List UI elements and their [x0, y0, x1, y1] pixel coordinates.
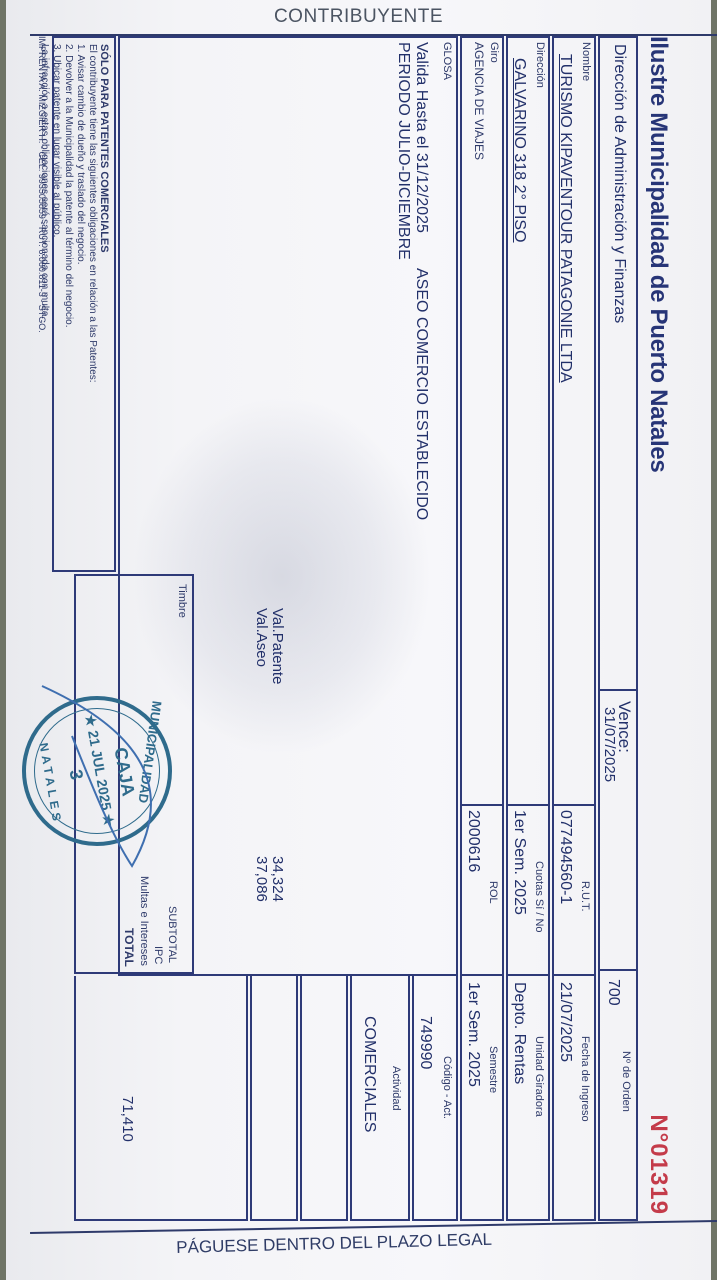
business-type-label: Giro	[488, 42, 500, 63]
address-value: GALVARINO 318 2° PISO	[510, 58, 528, 243]
rol-label: ROL	[487, 881, 499, 904]
total-value: 71,410	[119, 1096, 136, 1142]
item-amount-aseo: 37,086	[253, 856, 270, 902]
semester-cell: Semestre 1er Sem. 2025	[460, 976, 504, 1221]
glosa-line-1b: ASEO COMERCIO ESTABLECIDO	[412, 268, 430, 520]
installments-value: 1er Sem. 2025	[510, 810, 528, 915]
installments-cell: Cuotas Sí / No 1er Sem. 2025	[506, 806, 550, 976]
name-cell: Nombre TURISMO KIPAVENTOUR PATAGONIE LTD…	[552, 36, 596, 806]
timbre-label: Timbre	[176, 584, 188, 618]
issuing-unit-cell: Unidad Giradora Depto. Rentas	[506, 976, 550, 1221]
copy-label: CONTRIBUYENTE	[0, 6, 717, 28]
installments-label: Cuotas Sí / No	[533, 861, 545, 933]
order-cell: 700 Nº de Orden	[598, 971, 638, 1221]
activity-label: Actividad	[390, 1066, 402, 1111]
due-cell: Vence: 31/07/2025	[598, 691, 638, 971]
notice-heading: SÓLO PARA PATENTES COMERCIALES	[98, 44, 110, 564]
business-type-cell: Giro AGENCIA DE VIAJES	[460, 36, 504, 806]
entry-date-label: Fecha de Ingreso	[579, 1036, 591, 1122]
due-date: 31/07/2025	[601, 707, 618, 782]
notice-item-1: 1. Avisar cambio de dueño y traslado del…	[74, 44, 86, 564]
blank-cell-2	[250, 976, 298, 1221]
taxpayer-name: TURISMO KIPAVENTOUR PATAGONIE LTDA	[556, 54, 574, 383]
order-label: Nº de Orden	[620, 1051, 632, 1112]
department-name: Dirección de Administración y Finanzas	[610, 44, 628, 323]
notice-box: SÓLO PARA PATENTES COMERCIALES El contri…	[52, 36, 116, 572]
glosa-label: GLOSA	[441, 42, 453, 80]
rut-cell: R.U.T. 077494560-1	[552, 806, 596, 976]
name-label: Nombre	[580, 42, 592, 81]
issuing-unit-value: Depto. Rentas	[510, 982, 528, 1084]
item-label-aseo: Val.Aseo	[253, 608, 270, 667]
ipc-label: IPC	[152, 946, 164, 964]
glosa-line-1: Valida Hasta el 31/12/2025	[412, 42, 430, 233]
notice-item-3: 3. Ubicar patente en lugar visible al pú…	[50, 44, 62, 564]
item-amount-patente: 34,324	[269, 856, 286, 902]
rut-value: 077494560-1	[556, 810, 574, 904]
glosa-line-2: PERIODO JULIO-DICIEMBRE	[394, 42, 412, 260]
signature-scribble	[22, 676, 192, 896]
printer-credit: IMPRENTA A. MIZGIER H. - CEL. 993505859 …	[36, 36, 48, 333]
item-label-patente: Val.Patente	[269, 608, 286, 684]
activity-code-cell: Código - Act. 749990	[412, 976, 458, 1221]
activity-cell: Actividad COMERCIALES	[350, 976, 410, 1221]
rol-value: 2000616	[464, 810, 482, 872]
entry-date-value: 21/07/2025	[556, 982, 574, 1062]
entry-date-cell: Fecha de Ingreso 21/07/2025	[552, 976, 596, 1221]
rut-label: R.U.T.	[579, 881, 591, 912]
blank-cell-1	[300, 976, 348, 1221]
address-label: Dirección	[534, 42, 546, 88]
business-type-value: AGENCIA DE VIAJES	[472, 42, 486, 160]
folio-number: N°01319	[644, 1114, 672, 1215]
total-label: TOTAL	[122, 928, 136, 967]
issuing-unit-label: Unidad Giradora	[533, 1036, 545, 1117]
rol-cell: ROL 2000616	[460, 806, 504, 976]
department-cell: Dirección de Administración y Finanzas	[598, 36, 638, 691]
notice-intro: El contribuyente tiene las siguientes ob…	[86, 44, 98, 564]
total-cell: 71,410	[74, 976, 248, 1221]
subtotal-label: SUBTOTAL	[166, 906, 178, 963]
activity-code-label: Código - Act.	[441, 1056, 453, 1119]
semester-label: Semestre	[487, 1046, 499, 1093]
order-number: 700	[604, 979, 622, 1006]
form-title: Ilustre Municipalidad de Puerto Natales	[644, 36, 672, 472]
activity-code-value: 749990	[416, 1016, 434, 1069]
notice-item-2: 2. Devolver a la Municipalidad la patent…	[62, 44, 74, 564]
municipal-license-form: Ilustre Municipalidad de Puerto Natales …	[32, 36, 672, 1221]
semester-value: 1er Sem. 2025	[464, 982, 482, 1087]
address-cell: Dirección GALVARINO 318 2° PISO	[506, 36, 550, 806]
activity-value: COMERCIALES	[360, 1016, 378, 1132]
